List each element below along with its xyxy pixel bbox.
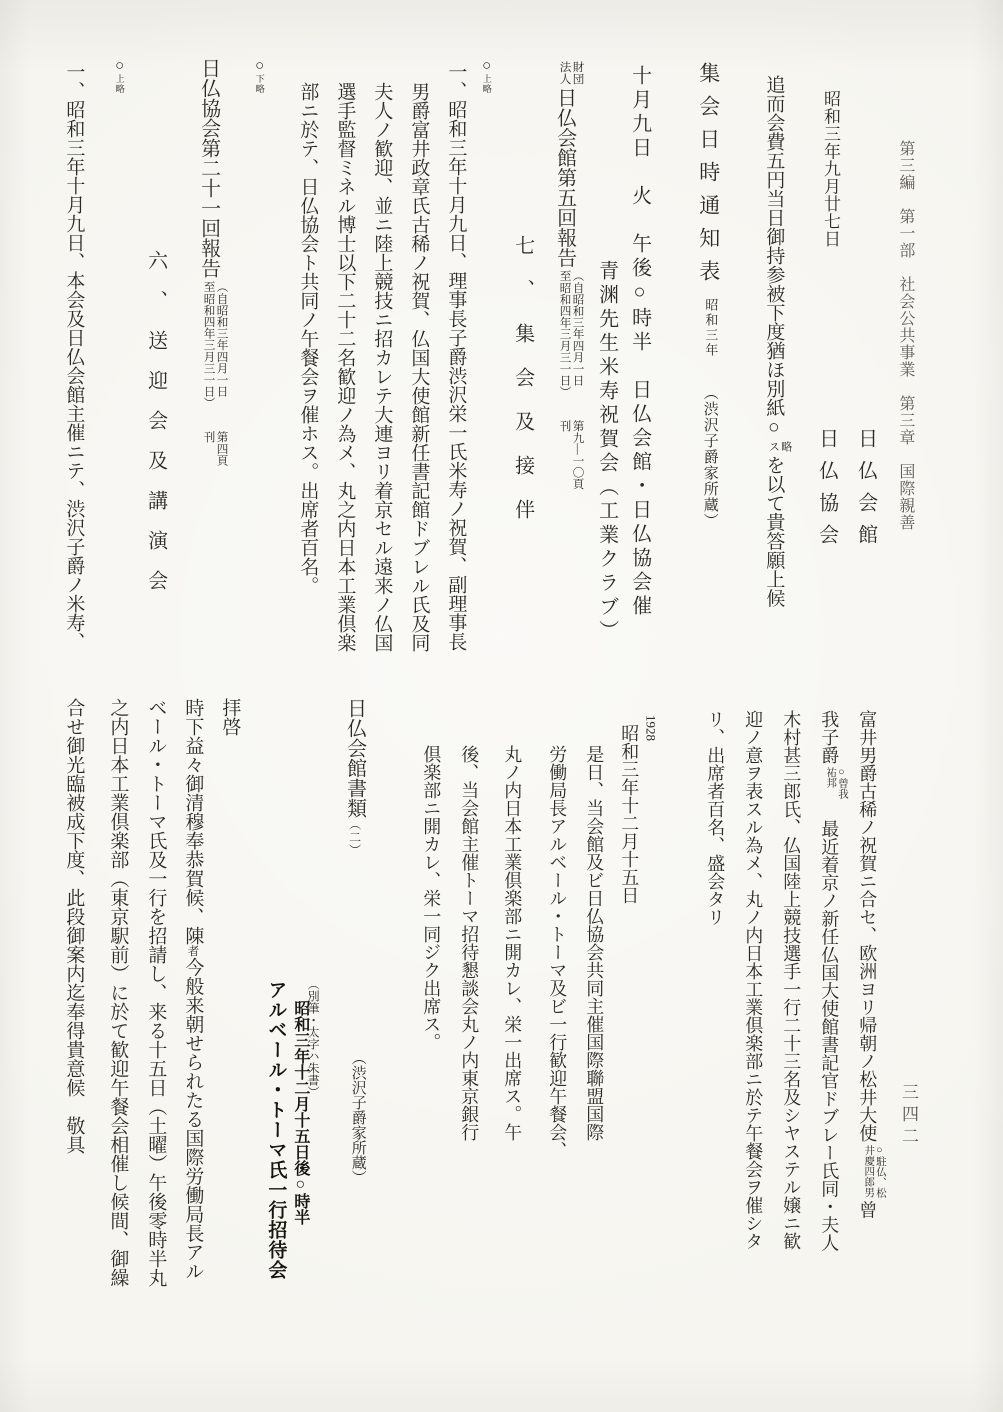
text-run: 是日、当会館及ビ日仏協会共同主催国際聯盟国際 <box>584 745 604 1141</box>
text-run: ○ <box>252 58 268 74</box>
text-run: リ、出席者百名、盛会タリ <box>705 710 725 926</box>
text-run: 富井男爵古稀ノ祝賀ニ合セ、欧洲ヨリ帰朝ノ松井大使 <box>857 710 877 1142</box>
col-notice-entry: 十月九日 火 午後○時半 日仏会館・日仏協会催 <box>627 65 651 619</box>
col-notice-year: 昭和三年 <box>703 298 718 358</box>
col-docs-event: アルベール・トーマ氏一行招待会 <box>264 980 286 1280</box>
col-report21-item-1: 一、昭和三年十月九日、本会及日仏会館主催ニテ、渋沢子爵ノ米寿、 <box>62 62 84 651</box>
inline-annotation: ○曾我祐邦 <box>824 767 847 799</box>
text-run: 六、送迎会及講演会 <box>145 250 167 610</box>
col-diary-4: 後、当会館主催トーマ招待懇談会丸ノ内東京銀行 <box>458 745 479 1141</box>
text-run: 今般来朝せられたる国際労働局長アル <box>182 957 203 1280</box>
text-run: 青渊先生米寿祝賀会（工業クラブ） <box>596 260 618 644</box>
col-letter1-date: 昭和三年九月廿七日 <box>820 90 840 248</box>
text-run: ○ <box>112 58 128 74</box>
text-run: 後、当会館主催トーマ招待懇談会丸ノ内東京銀行 <box>459 745 479 1141</box>
col-section7: 七、集会及接伴 <box>510 235 534 543</box>
col-diary-5: 倶楽部ニ開カレ、栄一同ジク出席ス。 <box>420 745 441 1051</box>
text-run: 最近着京ノ新任仏国大使館書記官ドブレー氏同・夫人 <box>819 802 839 1252</box>
col-signature-kaikan: 日仏会館 <box>853 428 877 556</box>
text-run: 十月九日 火 午後○時半 日仏会館・日仏協会催 <box>629 65 651 619</box>
col-docs-source: （渋沢子爵家所蔵） <box>348 1050 366 1185</box>
col-report21-item-6: リ、出席者百名、盛会タリ <box>704 710 725 926</box>
text-run: 一、昭和三年十月九日、本会及日仏会館主催ニテ、渋沢子爵ノ米寿、 <box>63 62 84 651</box>
col-report21-item-3: 我子爵○曾我祐邦 最近着京ノ新任仏国大使館書記官ドブレー氏同・夫人 <box>818 710 847 1252</box>
col-report21-title: 日仏協会第二十一回報告（自昭和三年四月一日至昭和四年三月三一日）第四頁刊 <box>196 58 229 468</box>
text-run: 七、集会及接伴 <box>512 235 534 543</box>
text-run: 第三編 第一部 社会公共事業 第三章 国際親善 <box>897 140 914 531</box>
col-docs-datetime: 昭和三年十二月十五日後○時半 <box>290 1000 309 1225</box>
col-report5-item-2: 男爵富井政章氏古稀ノ祝賀、仏国大使館新任書記館ドブレル氏及同 <box>407 82 429 652</box>
text-run: （渋沢子爵家所蔵） <box>702 385 718 529</box>
text-run: 労働局長アルベール・トーマ及ビ一行歓迎午餐会、 <box>547 745 567 1159</box>
text-run: 拝啓 <box>219 698 240 736</box>
inline-annotation: 財団法人 <box>559 61 585 84</box>
text-run: 部ニ於テ、日仏協会ト共同ノ午餐会ヲ催ホス。出席者百名。 <box>297 82 318 595</box>
col-report21-item-5: 迎ノ意ヲ表スル為メ、丸ノ内日本工業倶楽部ニ於テ午餐会ヲ催シタ <box>742 710 763 1250</box>
text-run: 木村甚三郎氏、仏国陸上競技選手一行二十三名及シヤステル嬢ニ歓 <box>781 710 801 1250</box>
text-run: 我子爵 <box>819 710 839 764</box>
col-report5-item-4: 選手監督ミネル博士以下二十二名歓迎ノ為メ、丸之内日本工業倶楽 <box>333 82 355 652</box>
text-run: アルベール・トーマ氏一行招待会 <box>265 980 286 1280</box>
text-run: 昭和三年九月廿七日 <box>821 90 840 248</box>
col-letter2-haikei: 拝啓 <box>218 698 240 736</box>
text-run: （渋沢子爵家所蔵） <box>350 1050 366 1185</box>
small-text: 上略 <box>482 74 492 94</box>
text-run: 合せ御光臨被成下度、此段御案内迄奉得貴意候 敬具 <box>63 698 84 1154</box>
text-run: 迎ノ意ヲ表スル為メ、丸ノ内日本工業倶楽部ニ於テ午餐会ヲ催シタ <box>743 710 763 1250</box>
inline-annotation: ○駐仏、松井慶四郎男 <box>862 1145 885 1198</box>
running-header: 第三編 第一部 社会公共事業 第三章 国際親善 <box>895 140 914 531</box>
inline-annotation: （自昭和三年四月一日至昭和四年三月三一日） <box>203 281 229 409</box>
small-text: 下略 <box>255 74 265 94</box>
col-report21-item-4: 木村甚三郎氏、仏国陸上競技選手一行二十三名及シヤステル嬢ニ歓 <box>780 710 801 1250</box>
col-notice-event: 青渊先生米寿祝賀会（工業クラブ） <box>594 260 618 644</box>
col-section6: 六、送迎会及講演会 <box>143 250 167 610</box>
text-run: ○ <box>479 58 495 74</box>
text-run: 曾 <box>857 1201 877 1219</box>
text-run: 昭和三年十二月十五日後○時半 <box>292 1000 309 1225</box>
text-run: 男爵富井政章氏古稀ノ祝賀、仏国大使館新任書記館ドブレル氏及同 <box>408 82 429 652</box>
col-letter2-1: 時下益々御清穆奉恭賀候、陳者今般来朝せられたる国際労働局長アル <box>181 698 203 1280</box>
col-joryaku-2: ○上略 <box>110 58 128 94</box>
col-letter2-4: 合せ御光臨被成下度、此段御案内迄奉得貴意候 敬具 <box>62 698 84 1154</box>
col-letter2-2: ベール・トーマ氏及一行を招請し、来る十五日（土曜）午後零時半丸 <box>144 698 166 1287</box>
col-report5-item-5: 部ニ於テ、日仏協会ト共同ノ午餐会ヲ催ホス。出席者百名。 <box>296 82 318 595</box>
page-number: 三四二 <box>896 1083 921 1149</box>
col-notice-source: （渋沢子爵家所蔵） <box>700 385 718 529</box>
text-run: を以て貴答願上候 <box>763 455 784 607</box>
col-report5-item-3: 夫人ノ歓迎、並ニ陸上競技ニ招カレテ大連ヨリ着京セル遠来ノ仏国 <box>370 82 392 652</box>
text-run: 丸ノ内日本工業倶楽部ニ開カレ、栄一出席ス。午 <box>502 745 522 1141</box>
text-run: 昭和三年十二月十五日 <box>619 724 639 904</box>
col-year-1928: 1928 <box>643 715 658 741</box>
col-diary-2: 労働局長アルベール・トーマ及ビ一行歓迎午餐会、 <box>546 745 567 1159</box>
inline-annotation: 略ス <box>767 441 792 452</box>
text-run: 日仏協会第二十一回報告 <box>198 58 220 278</box>
text-run: 昭和三年 <box>703 298 718 358</box>
text-run: 選手監督ミネル博士以下二十二名歓迎ノ為メ、丸之内日本工業倶楽 <box>334 82 355 652</box>
text-run: 日仏会館 <box>855 428 877 556</box>
col-signature-kyokai: 日仏協会 <box>814 428 838 556</box>
col-letter1-postscript: 追而会費五円当日御持参被下度猶ほ別紙○略スを以て貴答願上候 <box>762 75 792 607</box>
text-run: 日仏協会 <box>816 428 838 556</box>
col-docs-title: 日仏会館書類（二） <box>342 698 366 857</box>
scanned-book-page: 三四二 第三編 第一部 社会公共事業 第三章 国際親善日仏会館昭和三年九月廿七日… <box>0 0 1003 1412</box>
inline-annotation: 第四頁刊 <box>203 431 229 466</box>
text-run: 一、昭和三年十月九日、理事長子爵渋沢栄一氏米寿ノ祝賀、副理事長 <box>445 62 466 651</box>
col-letter2-3: 之内日本工業倶楽部（東京駅前）に於て歓迎午餐会相催し候間、御繰 <box>106 698 128 1287</box>
col-report5-title: 財団法人日仏会館第五回報告（自昭和三年四月一日至昭和四年三月三一日）第九—一〇頁… <box>552 58 585 492</box>
col-gekaryaku: ○下略 <box>250 58 268 94</box>
small-text: （二） <box>348 818 362 857</box>
spacer <box>208 412 209 428</box>
col-diary-3: 丸ノ内日本工業倶楽部ニ開カレ、栄一出席ス。午 <box>501 745 522 1141</box>
small-text: 者 <box>186 945 198 957</box>
text-run: 倶楽部ニ開カレ、栄一同ジク出席ス。 <box>421 745 441 1051</box>
col-report5-item-1: 一、昭和三年十月九日、理事長子爵渋沢栄一氏米寿ノ祝賀、副理事長 <box>444 62 466 651</box>
inline-annotation: 第九—一〇頁刊 <box>559 420 585 490</box>
text-run: ベール・トーマ氏及一行を招請し、来る十五日（土曜）午後零時半丸 <box>145 698 166 1287</box>
small-text: 上略 <box>115 74 125 94</box>
col-diary-1: 是日、当会館及ビ日仏協会共同主催国際聯盟国際 <box>583 745 604 1141</box>
text-run: 追而会費五円当日御持参被下度猶ほ別紙 <box>763 75 784 417</box>
text-run: 日仏会館第五回報告 <box>554 87 576 267</box>
text-run: 日仏会館書類 <box>344 698 366 818</box>
text-run: 夫人ノ歓迎、並ニ陸上競技ニ招カレテ大連ヨリ着京セル遠来ノ仏国 <box>371 82 392 652</box>
text-run: 1928 <box>643 715 658 741</box>
col-joryaku-1: ○上略 <box>477 58 495 94</box>
col-notice-title: 集会日時通知表 <box>696 62 721 293</box>
col-diary-date: 昭和三年十二月十五日 <box>618 724 639 904</box>
text-run: ○ <box>763 417 784 438</box>
text-run: 之内日本工業倶楽部（東京駅前）に於て歓迎午餐会相催し候間、御繰 <box>107 698 128 1287</box>
text-run: 集会日時通知表 <box>697 62 721 293</box>
col-report21-item-2: 富井男爵古稀ノ祝賀ニ合セ、欧洲ヨリ帰朝ノ松井大使○駐仏、松井慶四郎男曾 <box>856 710 885 1219</box>
text-run: 時下益々御清穆奉恭賀候、陳 <box>182 698 203 945</box>
spacer <box>564 401 565 417</box>
inline-annotation: （自昭和三年四月一日至昭和四年三月三一日） <box>559 270 585 398</box>
